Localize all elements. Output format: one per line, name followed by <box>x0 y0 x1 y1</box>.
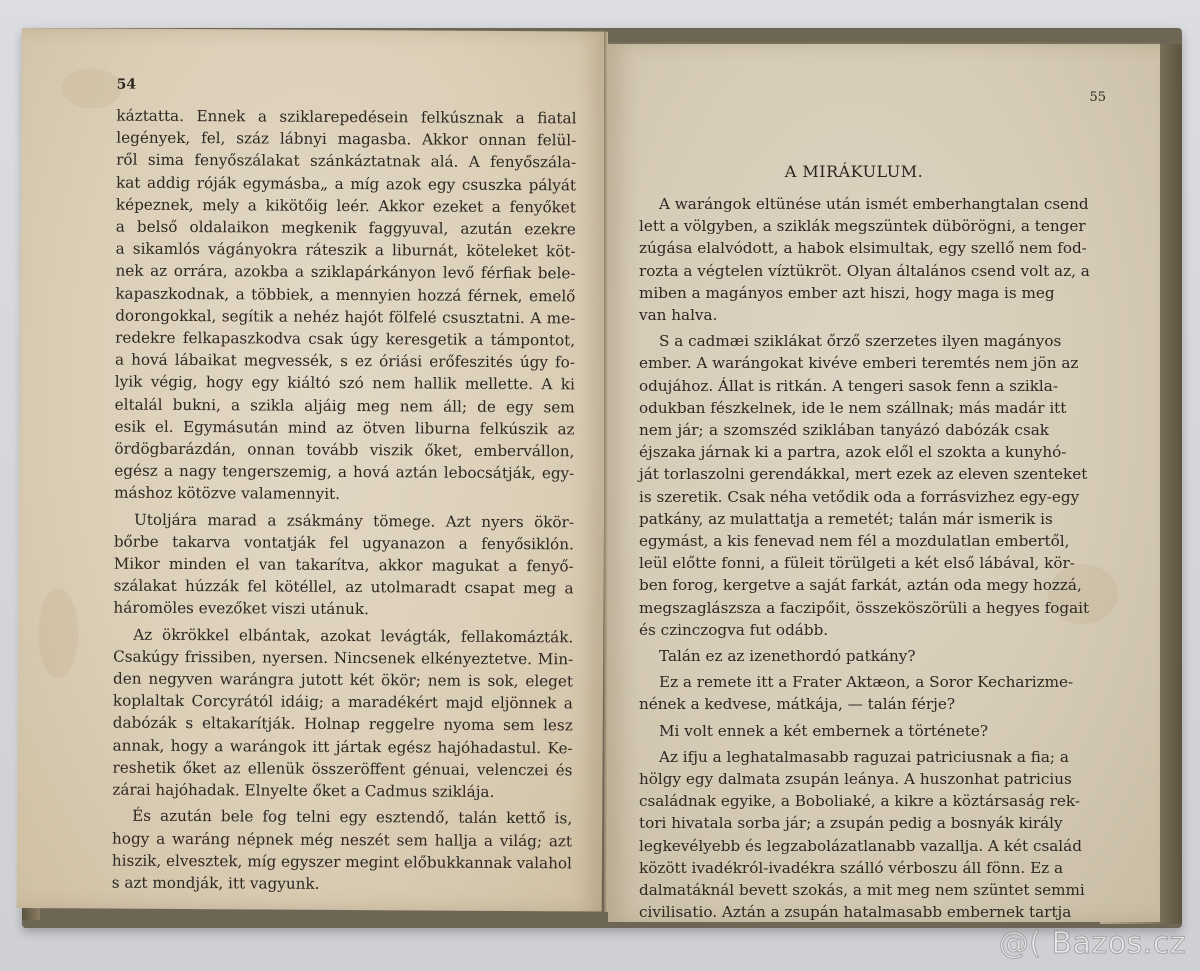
text-line: Mikor minden el van takarítva, akkor mag… <box>114 553 574 578</box>
text-line: káztatta. Ennek a sziklarepedésein felkú… <box>116 105 576 130</box>
page-number: 54 <box>117 77 137 93</box>
text-line: egymást, a kis fenevad nem fél a mozdula… <box>639 530 1049 552</box>
text-line: hogy a waráng népnek még neszét sem hall… <box>112 827 572 852</box>
text-line: a hová lábaikat megvessék, s ez óriási e… <box>115 349 575 374</box>
text-line: hiszik, elvesztek, míg egyszer megint el… <box>112 849 572 874</box>
text-line: éjszaka járnak ki a partra, azok elől el… <box>639 441 1049 463</box>
text-line: egész a nagy tengerszemig, a hová aztán … <box>114 460 574 485</box>
text-line: Ez a remete itt a Frater Aktæon, a Soror… <box>639 671 1049 693</box>
text-line: zárai hajóhadak. Elnyelte őket a Cadmus … <box>112 779 572 804</box>
text-line: És azután bele fog telni egy esztendő, t… <box>112 805 572 830</box>
text-line: is szeretik. Csak néha vetődik oda a for… <box>639 486 1049 508</box>
text-line: koplaltak Corcyrától idáig; a maradékért… <box>113 690 573 715</box>
text-line: ben forog, kergetve a saját farkát, aztá… <box>639 574 1049 596</box>
text-line: bőrbe takarva vontatják fel ugyanazon a … <box>114 530 574 555</box>
text-line: Utoljára marad a zsákmány tömege. Azt ny… <box>114 508 574 533</box>
text-line: családnak egyike, a Boboliaké, a kikre a… <box>639 790 1049 812</box>
text-line: odujához. Állat is ritkán. A tengeri sas… <box>639 375 1049 397</box>
text-line: ját torlaszolni gerendákkal, mert ezek a… <box>639 463 1049 485</box>
text-line: lyik végig, hogy egy kiáltó szó nem hall… <box>115 371 575 396</box>
text-line: legények, fel, száz lábnyi magasba. Akko… <box>116 127 576 152</box>
text-line: redekre felkapaszkodva csak úgy keresget… <box>115 327 575 352</box>
page-body-text: káztatta. Ennek a sziklarepedésein felkú… <box>112 105 577 897</box>
text-line: háromöles evezőket viszi utánuk. <box>113 597 573 622</box>
text-line: ember. A warángokat kivéve emberi teremt… <box>639 352 1049 374</box>
text-line: miben a magányos ember azt hiszi, hogy m… <box>639 282 1049 304</box>
left-page: 54 káztatta. Ennek a sziklarepedésein fe… <box>17 28 607 912</box>
text-line: nem jár; a szomszéd sziklában tanyázó da… <box>639 419 1049 441</box>
text-line: den negyven warángra jutott két ökör; ne… <box>113 668 573 693</box>
text-line: dabózák s eltakarítják. Holnap reggelre … <box>113 712 573 737</box>
text-line: a sikamlós vágányokra ráteszik a liburná… <box>116 238 576 263</box>
text-line: képeznek, mely a kikötőig leér. Akkor ez… <box>116 193 576 218</box>
text-line: Talán ez az izenethordó patkány? <box>639 645 1049 667</box>
text-line: Mi volt ennek a két embernek a története… <box>639 720 1049 742</box>
text-line: és czinczogva fut odább. <box>639 619 1049 641</box>
text-line: szálakat húzzák fel kötéllel, az utolmar… <box>114 575 574 600</box>
page-number: 55 <box>1089 90 1106 105</box>
text-line: patkány, az mulattatja a remetét; talán … <box>639 508 1049 530</box>
text-line: nek az orrára, azokba a sziklapárkányon … <box>115 260 575 285</box>
paper-stain <box>62 68 122 108</box>
text-line: ről sima fenyőszálakat szánkáztatnak alá… <box>116 149 576 174</box>
text-line: között ivadékról-ivadékra szálló vérbosz… <box>639 857 1049 879</box>
text-line: legkevélyebb és legzabolázatlanabb vazal… <box>639 835 1049 857</box>
text-line: S a cadmæi sziklákat őrző szerzetes ilye… <box>639 330 1049 352</box>
text-line: zúgása elalvódott, a habok elsimultak, e… <box>639 237 1049 259</box>
text-line: s azt mondják, itt vagyunk. <box>112 871 572 896</box>
text-line: kapaszkodnak, a többiek, a mennyien hozz… <box>115 282 575 307</box>
text-line: lett a völgyben, a sziklák megszüntek dü… <box>639 215 1049 237</box>
text-line: civilisatio. Aztán a zsupán hatalmasabb … <box>639 901 1049 923</box>
text-line: odukban fészkelnek, ide le nem szállnak;… <box>639 397 1049 419</box>
text-line: esik el. Egymásután mind az ötven liburn… <box>114 415 574 440</box>
text-line: eltalál bukni, a szikla aljáig meg nem á… <box>115 393 575 418</box>
text-line: Az ifju a leghatalmasabb raguzai patrici… <box>639 746 1049 768</box>
text-line: ördögbarázdán, onnan tovább viszik őket,… <box>114 438 574 463</box>
text-line: Csakúgy frissiben, nyersen. Nincsenek el… <box>113 645 573 670</box>
text-line: A warángok eltünése után ismét emberhang… <box>639 193 1049 215</box>
text-line: leül előtte fonni, a füleit törülgeti a … <box>639 552 1049 574</box>
text-line: annak, hogy a warángok itt jártak egész … <box>113 734 573 759</box>
chapter-title: A MIRÁKULUM. <box>608 162 1160 181</box>
text-line: kat addig róják egymásba„ a míg azok egy… <box>116 171 576 196</box>
text-line: rozta a végtelen víztükröt. Olyan általá… <box>639 260 1049 282</box>
text-line: Az ökrökkel elbántak, azokat levágták, f… <box>113 623 573 648</box>
text-line: tori hivatala sorba jár; a zsupán pedig … <box>639 812 1049 834</box>
text-line: máshoz kötözve valamennyit. <box>114 482 574 507</box>
text-line: hölgy egy dalmata zsupán leánya. A huszo… <box>639 768 1049 790</box>
text-line: nének a kedvese, mátkája, — talán férje? <box>639 693 1049 715</box>
text-line: dorongokkal, segítik a nehéz hajót fölfe… <box>115 304 575 329</box>
text-line: a belső oldalaikon megkenik faggyuval, a… <box>116 216 576 241</box>
text-line: megszaglászsza a faczipőit, összeköszörü… <box>639 597 1049 619</box>
text-line: dalmatáknál bevett szokás, a mit meg nem… <box>639 879 1049 901</box>
text-line: van halva. <box>639 304 1049 326</box>
paper-stain <box>38 588 79 678</box>
watermark-logo: @( Bazos.cz <box>999 926 1186 961</box>
text-line: reshetik őket az ellenük összeröffent gé… <box>112 756 572 781</box>
page-body-text: A warángok eltünése után ismét emberhang… <box>639 193 1049 924</box>
right-page: 55 A MIRÁKULUM. A warángok eltünése után… <box>608 42 1160 922</box>
